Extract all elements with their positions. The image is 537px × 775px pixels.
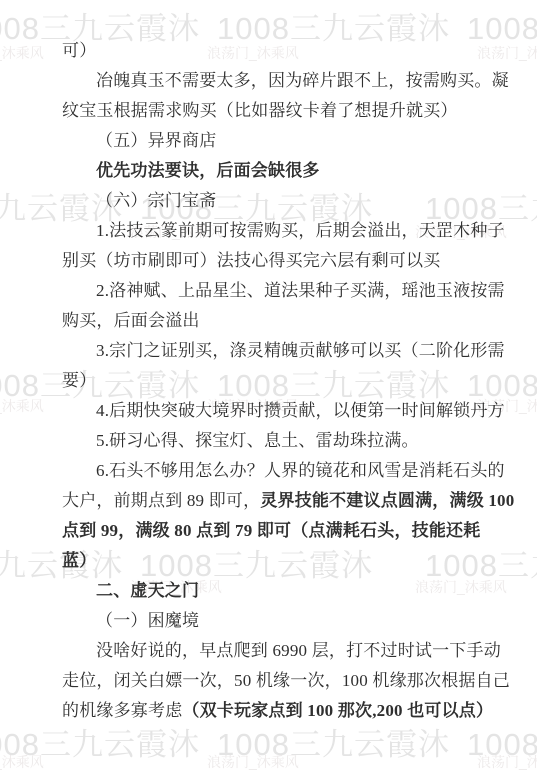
text-segment: 大户，前期点到 89 即可， [62, 491, 260, 510]
watermark-small: 浪荡门_沐乘风 [207, 752, 299, 772]
text-segment-bold: 灵界技能不建议点圆满，满级 100 [260, 491, 514, 510]
text-line: 要） [62, 366, 507, 396]
text-line: 二、虚天之门 [62, 576, 507, 606]
text-segment-bold: 二、虚天之门 [96, 581, 199, 600]
text-segment: 走位，闭关白嫖一次，50 机缘一次，100 机缘那次根据自己 [62, 671, 510, 690]
text-line: （六）宗门宝斋 [62, 186, 507, 216]
text-line: 的机缘多寡考虑（双卡玩家点到 100 那次,200 也可以点） [62, 696, 507, 726]
text-segment: （五）异界商店 [96, 131, 216, 150]
text-segment: 4.后期快突破大境界时攒贡献，以便第一时间解锁丹方 [96, 401, 505, 420]
text-line: 优先功法要诀，后面会缺很多 [62, 156, 507, 186]
text-line: 蓝） [62, 546, 507, 576]
text-line: （五）异界商店 [62, 126, 507, 156]
text-segment: 3.宗门之证别买，涤灵精魄贡献够可以买（二阶化形需 [96, 341, 505, 360]
text-line: 大户，前期点到 89 即可，灵界技能不建议点圆满，满级 100 [62, 486, 507, 516]
watermark-small: 浪荡门_沐乘风 [0, 43, 44, 63]
text-line: 购买，后面会溢出 [62, 306, 507, 336]
text-segment: 可） [62, 41, 96, 60]
text-line: 可） [62, 36, 507, 66]
text-segment: 纹宝玉根据需求购买（比如器纹卡着了想提升就买） [62, 101, 458, 120]
text-segment: 冶魄真玉不需要太多，因为碎片跟不上，按需购买。凝 [96, 71, 509, 90]
text-line: 5.研习心得、探宝灯、息土、雷劫珠拉满。 [62, 426, 507, 456]
text-line: 点到 99，满级 80 点到 79 即可（点满耗石头，技能还耗 [62, 516, 507, 546]
text-segment-bold: 优先功法要诀，后面会缺很多 [96, 161, 320, 180]
text-segment: 要） [62, 371, 96, 390]
text-segment: 别买（坊市刷即可）法技心得买完六层有剩可以买 [62, 251, 440, 270]
text-segment: （六）宗门宝斋 [96, 191, 216, 210]
text-line: 别买（坊市刷即可）法技心得买完六层有剩可以买 [62, 246, 507, 276]
document-page: 1008三九云霞沐1008三九云霞沐1008三九云霞沐浪荡门_沐乘风浪荡门_沐乘… [0, 0, 537, 775]
text-segment: 5.研习心得、探宝灯、息土、雷劫珠拉满。 [96, 431, 419, 450]
text-segment: 没啥好说的，早点爬到 6990 层，打不过时试一下手动 [96, 641, 501, 660]
text-segment: 2.洛神赋、上品星尘、道法果种子买满，瑶池玉液按需 [96, 281, 505, 300]
text-segment-bold: 点到 99，满级 80 点到 79 即可（点满耗石头，技能还耗 [62, 521, 480, 540]
text-line: （一）困魔境 [62, 606, 507, 636]
text-line: 纹宝玉根据需求购买（比如器纹卡着了想提升就买） [62, 96, 507, 126]
text-segment-bold: （双卡玩家点到 100 那次,200 也可以点） [182, 701, 493, 720]
text-line: 冶魄真玉不需要太多，因为碎片跟不上，按需购买。凝 [62, 66, 507, 96]
text-segment: 1.法技云篆前期可按需购买，后期会溢出，天罡木种子 [96, 221, 505, 240]
text-line: 没啥好说的，早点爬到 6990 层，打不过时试一下手动 [62, 636, 507, 666]
text-line: 走位，闭关白嫖一次，50 机缘一次，100 机缘那次根据自己 [62, 666, 507, 696]
text-line: 6.石头不够用怎么办？人界的镜花和风雪是消耗石头的 [62, 456, 507, 486]
text-segment-bold: 蓝） [62, 551, 96, 570]
text-line: 1.法技云篆前期可按需购买，后期会溢出，天罡木种子 [62, 216, 507, 246]
text-line: 4.后期快突破大境界时攒贡献，以便第一时间解锁丹方 [62, 396, 507, 426]
watermark-small: 浪荡门_沐乘风 [0, 396, 44, 416]
text-line: 3.宗门之证别买，涤灵精魄贡献够可以买（二阶化形需 [62, 336, 507, 366]
watermark-small: 浪荡门_沐乘风 [477, 752, 537, 772]
watermark-small: 浪荡门_沐乘风 [0, 752, 44, 772]
text-segment: 的机缘多寡考虑 [62, 701, 182, 720]
text-line: 2.洛神赋、上品星尘、道法果种子买满，瑶池玉液按需 [62, 276, 507, 306]
document-lines: 可）冶魄真玉不需要太多，因为碎片跟不上，按需购买。凝纹宝玉根据需求购买（比如器纹… [62, 36, 507, 726]
text-segment: 6.石头不够用怎么办？人界的镜花和风雪是消耗石头的 [96, 461, 505, 480]
text-segment: （一）困魔境 [96, 611, 199, 630]
text-segment: 购买，后面会溢出 [62, 311, 200, 330]
